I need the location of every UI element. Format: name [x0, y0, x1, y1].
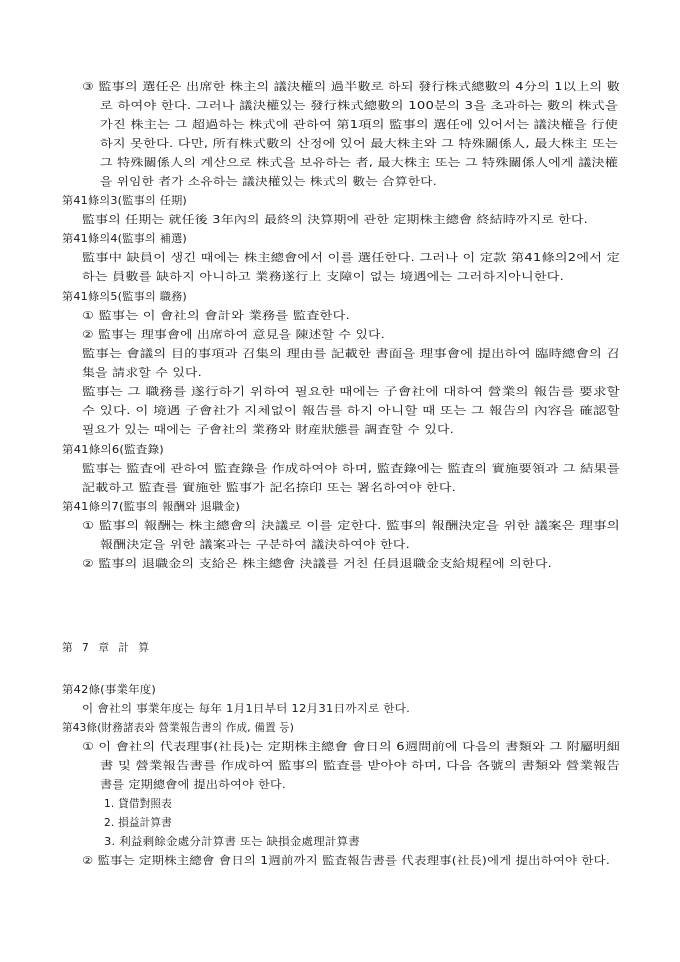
document-text-line: 하는 員數를 缺하지 아니하고 業務遂行上 支障이 없는 境遇에는 그러하지아니…: [82, 270, 564, 284]
document-text-line: 2. 損益計算書: [104, 816, 172, 830]
document-text-line: ② 監事는 理事會에 出席하여 意見을 陳述할 수 있다.: [82, 328, 385, 342]
document-text-line: 수 있다. 이 境遇 子會社가 지체없이 報告를 하지 아니할 때 또는 그 報…: [82, 404, 620, 418]
document-text-line: 報酬決定을 위한 議案과는 구분하여 議決하여야 한다.: [100, 538, 410, 552]
article-heading: 第41條의7(監事의 報酬와 退職金): [62, 500, 240, 514]
document-text-line: 을 위임한 者가 소유하는 議決權있는 株式의 數는 合算한다.: [100, 175, 437, 189]
document-text-line: 3. 利益剩餘金處分計算書 또는 缺損金處理計算書: [104, 835, 360, 849]
document-text-line: 필요가 있는 때에는 子會社의 業務와 財産狀態를 調査할 수 있다.: [82, 423, 454, 437]
document-text-line: 하지 못한다. 다만, 所有株式數의 산정에 있어 最大株主와 그 特殊關係人,…: [100, 137, 618, 151]
document-text-line: 이 會社의 事業年度는 每年 1月1日부터 12月31日까지로 한다.: [82, 702, 410, 716]
article-heading: 第41條의6(監査錄): [62, 443, 164, 457]
chapter-heading: 第 7 章 計 算: [62, 641, 152, 655]
article-heading: 第41條의5(監事의 職務): [62, 290, 187, 304]
document-text-line: ① 監事의 報酬는 株主總會의 決議로 이를 定한다. 監事의 報酬決定을 위한…: [82, 519, 620, 533]
article-heading: 第42條(事業年度): [62, 683, 156, 697]
document-text-line: 監事의 任期는 就任後 3年內의 最終의 決算期에 관한 定期株主總會 終結時까…: [82, 213, 588, 227]
document-text-line: 1. 貸借對照表: [104, 797, 172, 811]
document-text-line: 監事中 缺員이 생긴 때에는 株主總會에서 이를 選任한다. 그러나 이 定款 …: [82, 251, 620, 265]
document-text-line: ① 監事는 이 會社의 會計와 業務를 監査한다.: [82, 309, 350, 323]
document-text-line: 監事는 會議의 目的事項과 召集의 理由를 記載한 書面을 理事會에 提出하여 …: [82, 347, 620, 361]
document-text-line: 集을 請求할 수 있다.: [82, 366, 202, 380]
document-text-line: 書 및 營業報告書를 作成하여 監事의 監査를 받아야 하며, 다음 各號의 書…: [100, 759, 620, 773]
document-text-line: ① 이 會社의 代表理事(社長)는 定期株主總會 會日의 6週間前에 다음의 書…: [82, 740, 620, 754]
article-heading: 第43條(財務諸表와 營業報告書의 作成, 備置 등): [62, 721, 294, 735]
document-text-line: 記載하고 監査를 實施한 監事가 記名捺印 또는 署名하여야 한다.: [82, 481, 456, 495]
document-text-line: 로 하여야 한다. 그러나 議決權있는 發行株式總數의 100분의 3을 초과하…: [100, 99, 618, 113]
article-heading: 第41條의3(監事의 任期): [62, 194, 187, 208]
article-heading: 第41條의4(監事의 補選): [62, 232, 187, 246]
document-text-line: 書를 定期總會에 提出하여야 한다.: [100, 778, 286, 792]
document-text-line: 가진 株主는 그 超過하는 株式에 관하여 第1項의 監事의 選任에 있어서는 …: [100, 118, 618, 132]
document-text-line: ② 監事는 定期株主總會 會日의 1週前까지 監査報告書를 代表理事(社長)에게…: [82, 854, 610, 868]
document-text-line: 監事는 監査에 관하여 監査錄을 作成하여야 하며, 監査錄에는 監査의 實施要…: [82, 462, 620, 476]
document-page: ③ 監事의 選任은 出席한 株主의 議決權의 過半數로 하되 發行株式總數의 4…: [0, 0, 680, 962]
document-text-line: 그 特殊關係人의 계산으로 株式을 보유하는 者, 最大株主 또는 그 特殊關係…: [100, 156, 618, 170]
document-text-line: ③ 監事의 選任은 出席한 株主의 議決權의 過半數로 하되 發行株式總數의 4…: [82, 80, 620, 94]
document-text-line: 監事는 그 職務를 遂行하기 위하여 필요한 때에는 子會社에 대하여 營業의 …: [82, 385, 620, 399]
document-text-line: ② 監事의 退職金의 支給은 株主總會 決議를 거친 任員退職金支給規程에 의한…: [82, 557, 552, 571]
